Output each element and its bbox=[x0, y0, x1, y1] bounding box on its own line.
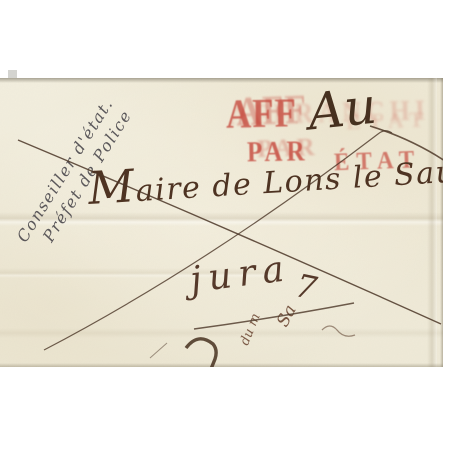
paper-top-edge-shadow bbox=[0, 78, 443, 83]
horizontal-fold-crease bbox=[0, 328, 443, 338]
product-image-canvas: AFFRANCHI ÉTAT AFF AFF PAR PAR ÉTAT Cons… bbox=[0, 0, 452, 452]
cross-stroke-up bbox=[44, 131, 392, 350]
paper-right-edge-shadow bbox=[440, 78, 443, 367]
horizontal-fold-crease bbox=[0, 268, 275, 278]
jura-underline bbox=[194, 303, 354, 329]
franchise-stamp-etat: ÉTAT bbox=[334, 145, 422, 177]
handwriting-fragment: Sa bbox=[273, 302, 301, 331]
franchise-stamp-ghost: AFFRANCHI bbox=[229, 94, 431, 132]
handwritten-tax-mark: 7 bbox=[292, 266, 320, 307]
franchise-stamp-par-ghost: PAR bbox=[257, 134, 319, 164]
franchise-stamp-par: PAR bbox=[247, 137, 309, 169]
cross-stroke-down bbox=[18, 140, 441, 324]
franchise-stamp-etat-ghost: ÉTAT bbox=[346, 107, 432, 136]
small-ink-stroke bbox=[150, 343, 167, 358]
docket-line2: Préfet de Police bbox=[19, 87, 149, 277]
horizontal-fold-crease bbox=[0, 212, 443, 226]
docket-line1: Conseiller d'état. bbox=[0, 78, 130, 265]
docket-note: Conseiller d'état. Préfet de Police bbox=[0, 78, 149, 277]
franchise-stamp-aff-ghost: AFF bbox=[235, 86, 308, 136]
letter-photo: AFFRANCHI ÉTAT AFF AFF PAR PAR ÉTAT Cons… bbox=[0, 78, 443, 367]
handwritten-salutation: Au bbox=[305, 78, 379, 141]
vertical-fold-crease bbox=[427, 78, 437, 367]
scan-artifact bbox=[8, 70, 17, 78]
franchise-stamp-aff: AFF bbox=[226, 90, 298, 138]
handwritten-addressee: Maire de Lons le Saunier bbox=[86, 135, 443, 214]
paper-bottom-edge-shadow bbox=[0, 363, 443, 367]
